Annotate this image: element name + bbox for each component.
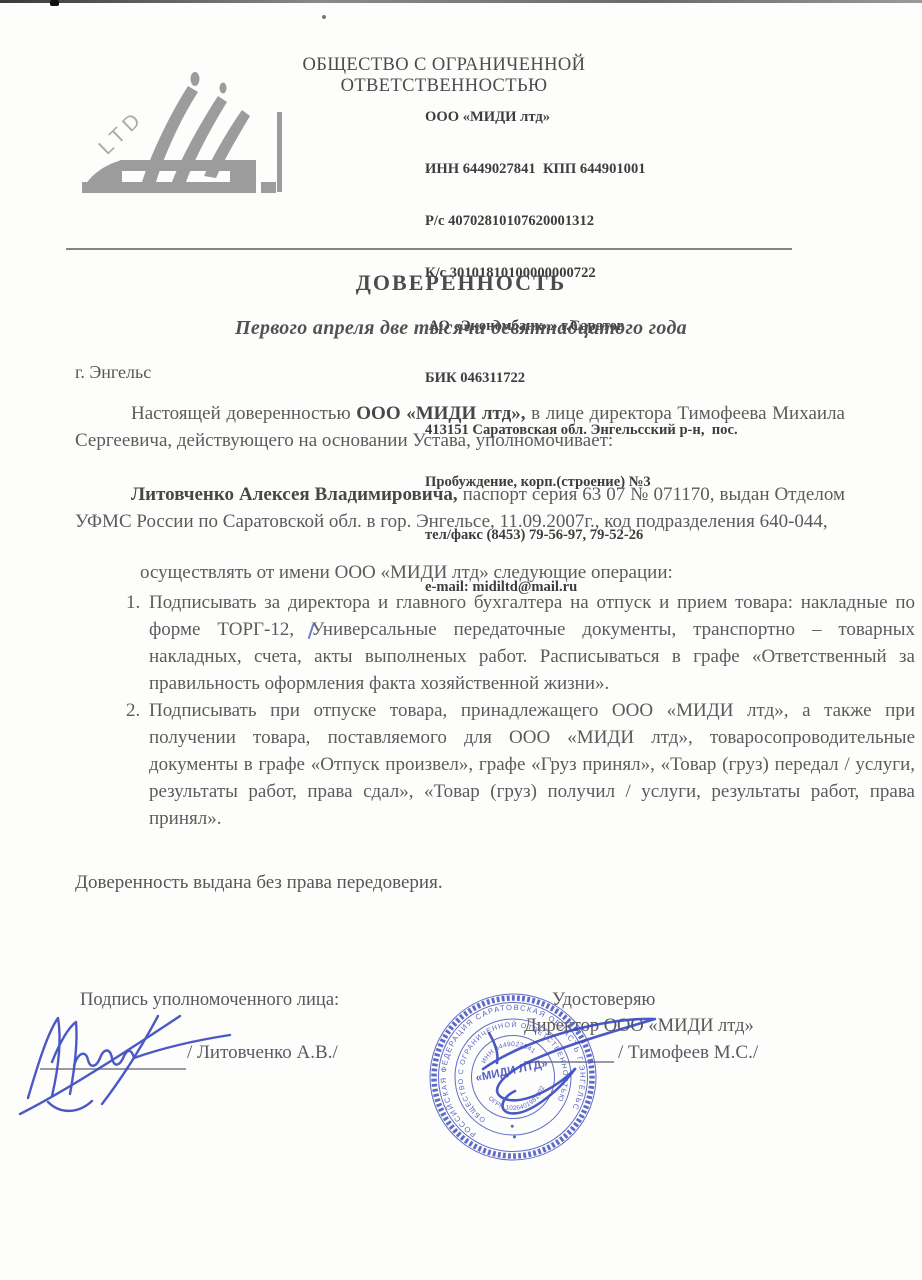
paragraph-authorizer: Настоящей доверенностью ООО «МИДИ лтд», … — [75, 400, 845, 454]
operations-intro: осуществлять от имени ООО «МИДИ лтд» сле… — [140, 562, 845, 584]
p1-company-bold: ООО «МИДИ лтд», — [356, 403, 525, 424]
operation-item-2: Подписывать при отпуске товара, принадле… — [145, 697, 915, 832]
header-divider — [66, 248, 792, 250]
scan-speck — [50, 0, 59, 6]
document-title: ДОВЕРЕННОСТЬ — [0, 270, 922, 296]
operation-item-1: Подписывать за директора и главного бухг… — [145, 589, 915, 697]
company-bik: БИК 046311722 — [425, 370, 738, 387]
closing-statement: Доверенность выдана без права передовери… — [75, 872, 845, 894]
company-rs: Р/с 40702810107620001312 — [425, 213, 738, 230]
scan-edge-top — [0, 0, 922, 3]
company-details-block: ООО «МИДИ лтд» ИНН 6449027841 КПП 644901… — [425, 74, 738, 631]
p1-lead: Настоящей доверенностью — [131, 403, 356, 424]
city-line: г. Энгельс — [75, 362, 151, 383]
litovchenko-signature-ink — [18, 1002, 388, 1122]
scan-speck — [322, 15, 326, 19]
timofeev-signature-ink — [455, 1005, 705, 1145]
company-logo: LTD — [80, 70, 292, 206]
date-line: Первого апреля две тысячи девятнадцатого… — [0, 317, 922, 340]
paragraph-attorney: Литовченко Алексея Владимировича, паспор… — [75, 481, 845, 535]
p2-name-bold: Литовченко Алексея Владимировича, — [131, 484, 458, 505]
logo-ltd-label: LTD — [94, 106, 148, 159]
company-name: ООО «МИДИ лтд» — [425, 109, 738, 126]
operations-list: Подписывать за директора и главного бухг… — [75, 589, 915, 832]
scanned-power-of-attorney: ОБЩЕСТВО С ОГРАНИЧЕННОЙ ОТВЕТСТВЕННОСТЬЮ… — [0, 0, 922, 1280]
company-inn-kpp: ИНН 6449027841 КПП 644901001 — [425, 161, 738, 178]
